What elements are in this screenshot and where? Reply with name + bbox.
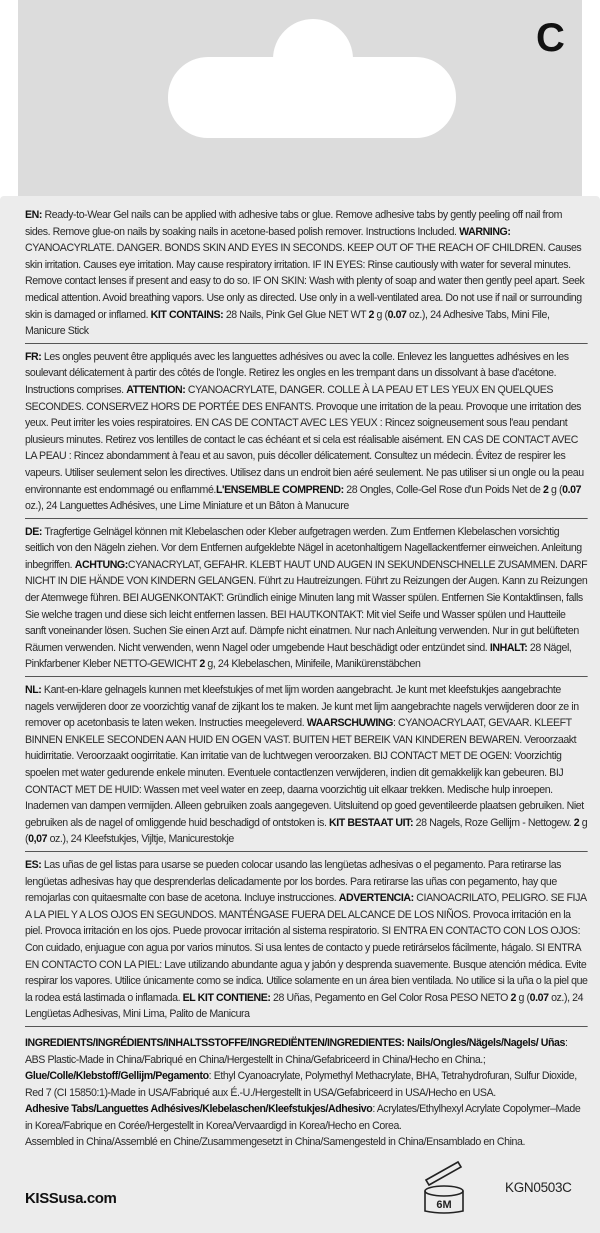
body-text: CYANACRYLAT, GEFAHR. KLEBT HAUT UND AUGE… [25,559,587,654]
bold-heading: WARNING: [459,226,510,238]
bold-heading: KIT CONTAINS: [151,309,224,321]
bold-heading: 0.07 [562,484,581,496]
ingredients-nails: INGREDIENTS/INGRÉDIENTS/INHALTSSTOFFE/IN… [25,1035,588,1068]
footer: KISSusa.com 6M KGN0503C [25,1178,585,1223]
bold-heading: L'ENSEMBLE COMPREND: [216,484,344,496]
bold-heading: KIT BESTAAT UIT: [329,817,413,829]
body-text: 28 Uñas, Pegamento en Gel Color Rosa PES… [271,992,511,1004]
section-text: EN: Ready-to-Wear Gel nails can be appli… [25,207,588,340]
product-code: KGN0503C [505,1180,572,1195]
body-text: g ( [516,992,530,1004]
bold-heading: 0.07 [388,309,407,321]
bold-heading: Adhesive Tabs/Languettes Adhésives/Klebe… [25,1103,372,1115]
body-text: g, 24 Klebelaschen, Minifeile, Maniküren… [205,658,421,670]
bold-heading: NL: [25,684,41,696]
hang-hole [168,57,456,138]
bold-heading: WAARSCHUWING [307,717,393,729]
body-text: 28 Ongles, Colle-Gel Rose d'un Poids Net… [344,484,543,496]
bold-heading: ADVERTENCIA: [339,892,414,904]
bold-heading: ES: [25,859,41,871]
section-en: EN: Ready-to-Wear Gel nails can be appli… [25,207,588,344]
body-text: 28 Nagels, Roze Gellijm - Nettogew. [413,817,574,829]
section-text: FR: Les ongles peuvent être appliqués av… [25,349,588,515]
section-text: NL: Kant-en-klare gelnagels kunnen met k… [25,682,588,848]
body-text: 28 Nails, Pink Gel Glue NET WT [223,309,368,321]
body-text: g ( [374,309,388,321]
body-text: oz.), 24 Languettes Adhésives, une Lime … [25,500,349,512]
pao-label: 6M [436,1199,451,1211]
bold-heading: 0,07 [28,833,47,845]
bold-heading: FR: [25,351,41,363]
section-es: ES: Las uñas de gel listas para usarse s… [25,857,588,1027]
bold-heading: 0.07 [530,992,549,1004]
bold-heading: INHALT: [490,642,527,654]
body-text: : CYANOACRYLAAT, GEVAAR. KLEEFT BINNEN E… [25,717,584,829]
bold-heading: INGREDIENTS/INGRÉDIENTS/INHALTSSTOFFE/IN… [25,1037,565,1049]
section-nl: NL: Kant-en-klare gelnagels kunnen met k… [25,682,588,852]
bold-heading: EL KIT CONTIENE: [183,992,271,1004]
bold-heading: EN: [25,209,42,221]
ingredients-adhesive-tabs: Adhesive Tabs/Languettes Adhésives/Klebe… [25,1101,588,1134]
bold-heading: ATTENTION: [126,384,185,396]
section-text: DE: Tragfertige Gelnägel können mit Kleb… [25,524,588,673]
period-after-opening-icon: 6M [422,1158,472,1216]
label-text: EN: Ready-to-Wear Gel nails can be appli… [25,207,588,1151]
section-de: DE: Tragfertige Gelnägel können mit Kleb… [25,524,588,677]
body-text: Assembled in China/Assemblé en Chine/Zus… [25,1136,525,1148]
ingredients-glue: Glue/Colle/Klebstoff/Gellijm/Pegamento: … [25,1068,588,1101]
corner-letter: C [536,16,565,61]
ingredients-block: INGREDIENTS/INGRÉDIENTS/INHALTSSTOFFE/IN… [25,1035,588,1151]
body-text: CYANOACRYLATE, DANGER. COLLE À LA PEAU E… [25,384,584,496]
body-text: oz.), 24 Kleefstukjes, Vijltje, Manicure… [47,833,234,845]
bold-heading: Glue/Colle/Klebstoff/Gellijm/Pegamento [25,1070,209,1082]
bold-heading: DE: [25,526,42,538]
bold-heading: ACHTUNG: [75,559,128,571]
assembled-note: Assembled in China/Assemblé en Chine/Zus… [25,1134,588,1151]
body-text: CIANOACRILATO, PELIGRO. SE FIJA A LA PIE… [25,892,588,1004]
section-text: ES: Las uñas de gel listas para usarse s… [25,857,588,1023]
section-fr: FR: Les ongles peuvent être appliqués av… [25,349,588,519]
hang-tab: C [18,0,582,205]
body-text: g ( [549,484,563,496]
website-link[interactable]: KISSusa.com [25,1190,116,1207]
